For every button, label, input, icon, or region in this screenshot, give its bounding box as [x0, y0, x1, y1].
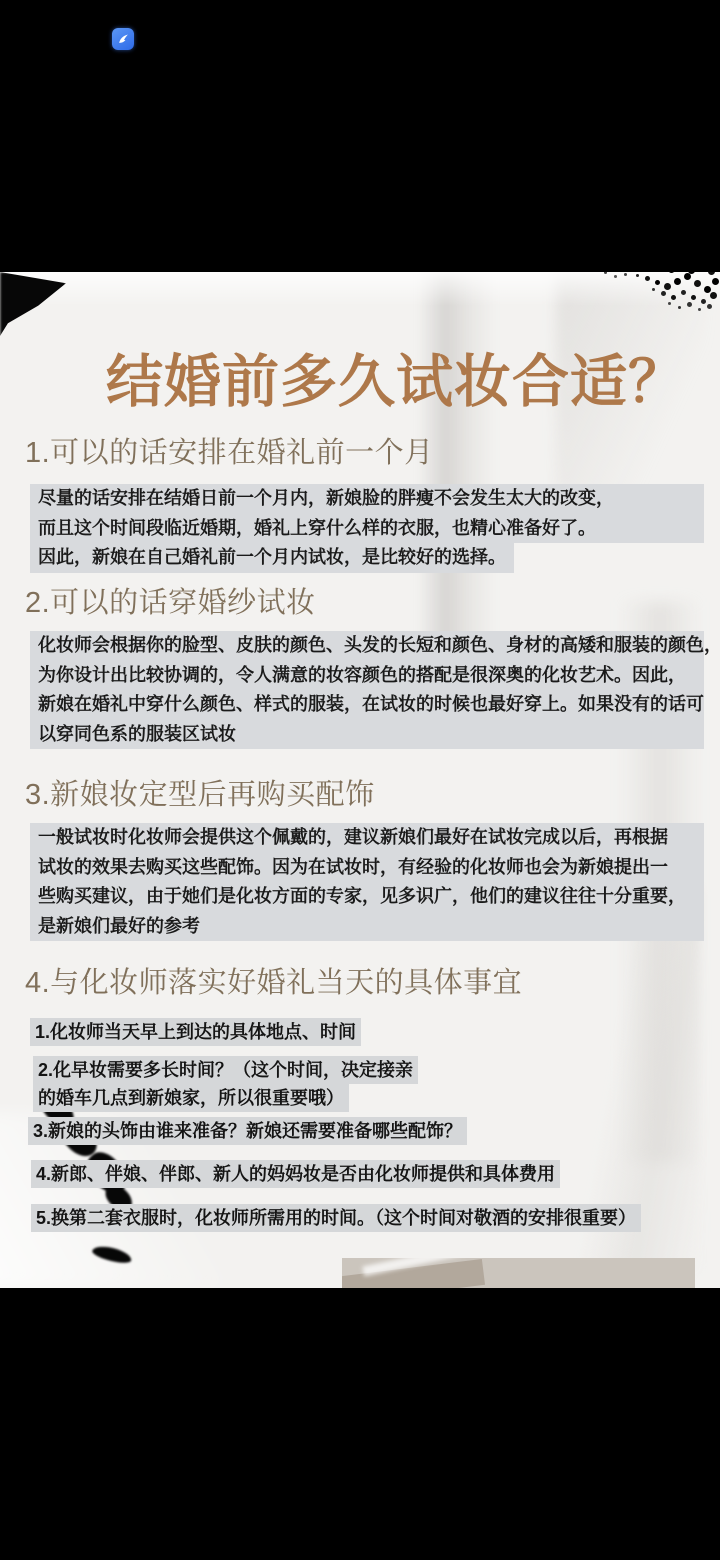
- section-4-heading: 4.与化妆师落实好婚礼当天的具体事宜: [25, 966, 522, 1000]
- checklist-item-line: 的婚车几点到新娘家，所以很重要哦）: [33, 1084, 349, 1112]
- checklist-item-line: 5.换第二套衣服时，化妆师所需用的时间。（这个时间对敬酒的安排很重要）: [31, 1204, 641, 1232]
- checklist-item-5: 5.换第二套衣服时，化妆师所需用的时间。（这个时间对敬酒的安排很重要）: [31, 1204, 641, 1232]
- checklist-item-4: 4.新郎、伴娘、伴郎、新人的妈妈妆是否由化妆师提供和具体费用: [31, 1160, 560, 1188]
- paper-crease: [0, 272, 720, 306]
- section-2-paragraph: 化妆师会根据你的脸型、皮肤的颜色、头发的长短和颜色、身材的高矮和服装的颜色， 为…: [30, 631, 704, 749]
- section-3-heading: 3.新娘妆定型后再购买配饰: [25, 778, 375, 812]
- poster-title: 结婚前多久试妆合适？: [0, 348, 720, 416]
- paragraph-line: 是新娘们最好的参考: [30, 912, 704, 942]
- checklist-item-line: 4.新郎、伴娘、伴郎、新人的妈妈妆是否由化妆师提供和具体费用: [31, 1160, 560, 1188]
- paragraph-line: 而且这个时间段临近婚期，婚礼上穿什么样的衣服，也精心准备好了。: [30, 514, 704, 544]
- paragraph-line: 些购买建议，由于她们是化妆方面的专家，见多识广，他们的建议往往十分重要，: [30, 882, 704, 912]
- dingtalk-wing-icon[interactable]: [112, 28, 134, 50]
- paragraph-line: 试妆的效果去购买这些配饰。因为在试妆时，有经验的化妆师也会为新娘提出一: [30, 853, 704, 883]
- partial-tag-box: [342, 1258, 695, 1288]
- poster-image: 结婚前多久试妆合适？ 1.可以的话安排在婚礼前一个月 尽量的话安排在结婚日前一个…: [0, 272, 720, 1288]
- paragraph-line: 化妆师会根据你的脸型、皮肤的颜色、头发的长短和颜色、身材的高矮和服装的颜色，: [30, 631, 704, 661]
- paragraph-line: 以穿同色系的服装区试妆: [30, 720, 704, 750]
- section-1-heading: 1.可以的话安排在婚礼前一个月: [25, 436, 434, 470]
- section-2-heading: 2.可以的话穿婚纱试妆: [25, 586, 316, 620]
- checklist-item-3: 3.新娘的头饰由谁来准备？新娘还需要准备哪些配饰？: [28, 1117, 467, 1145]
- checklist-item-2: 2.化早妆需要多长时间？（这个时间，决定接亲 的婚车几点到新娘家，所以很重要哦）: [33, 1056, 418, 1112]
- checklist-item-1: 1.化妆师当天早上到达的具体地点、时间: [30, 1018, 361, 1046]
- paragraph-line: 为你设计出比较协调的，令人满意的妆容颜色的搭配是很深奥的化妆艺术。因此，: [30, 661, 704, 691]
- paragraph-line: 因此，新娘在自己婚礼前一个月内试妆，是比较好的选择。: [30, 543, 514, 573]
- checklist-item-line: 2.化早妆需要多长时间？（这个时间，决定接亲: [33, 1056, 418, 1084]
- phone-screen: 结婚前多久试妆合适？ 1.可以的话安排在婚礼前一个月 尽量的话安排在结婚日前一个…: [0, 0, 720, 1560]
- ink-dab-bottom-left: [91, 1243, 133, 1265]
- paragraph-line: 新娘在婚礼中穿什么颜色、样式的服装，在试妆的时候也最好穿上。如果没有的话可: [30, 690, 704, 720]
- ink-splatter-top-right: [0, 272, 3, 275]
- wing-glyph: [116, 32, 130, 46]
- checklist-item-line: 3.新娘的头饰由谁来准备？新娘还需要准备哪些配饰？: [28, 1117, 467, 1145]
- paragraph-line: 尽量的话安排在结婚日前一个月内，新娘脸的胖瘦不会发生太大的改变，: [30, 484, 704, 514]
- paragraph-line: 一般试妆时化妆师会提供这个佩戴的，建议新娘们最好在试妆完成以后，再根据: [30, 823, 704, 853]
- ink-stroke-top-left: [0, 272, 66, 352]
- section-3-paragraph: 一般试妆时化妆师会提供这个佩戴的，建议新娘们最好在试妆完成以后，再根据 试妆的效…: [30, 823, 704, 941]
- section-1-paragraph: 尽量的话安排在结婚日前一个月内，新娘脸的胖瘦不会发生太大的改变， 而且这个时间段…: [30, 484, 704, 573]
- checklist-item-line: 1.化妆师当天早上到达的具体地点、时间: [30, 1018, 361, 1046]
